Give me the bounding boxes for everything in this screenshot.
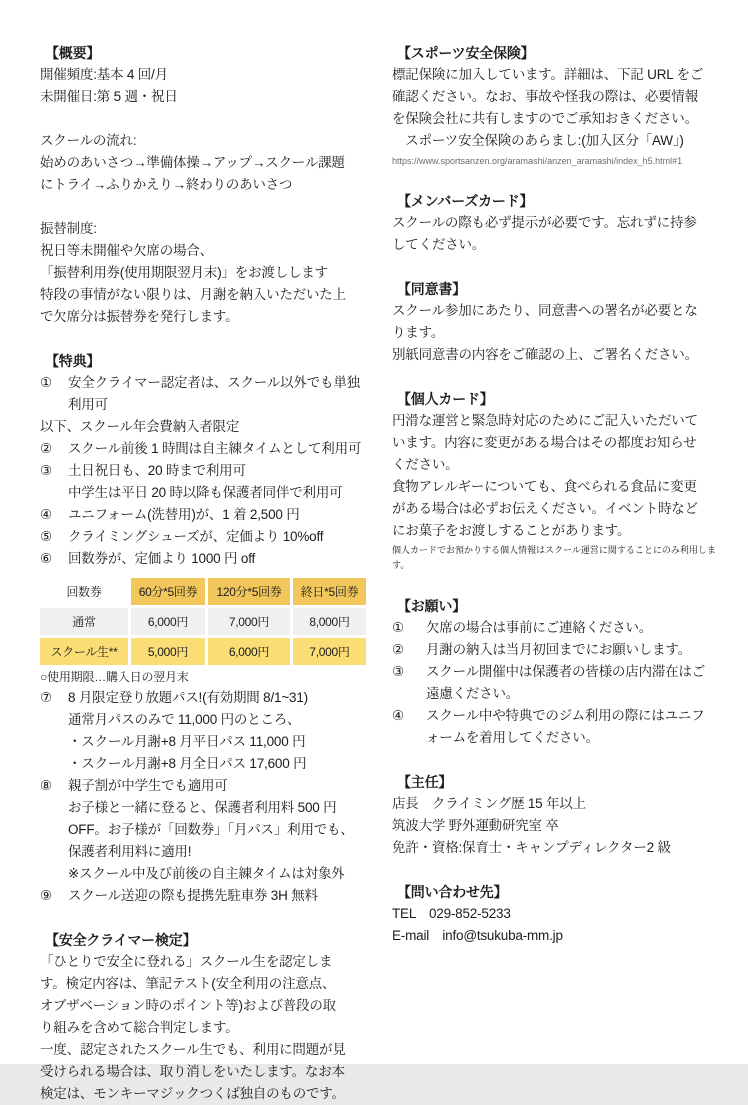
overview-section: 【概要】 開催頻度:基本 4 回/月 未開催日:第 5 週・祝日 xyxy=(40,42,370,108)
school-flow-body: スクールの流れ: 始めのあいさつ→準備体操→アップ→スクール課題 にトライ→ふり… xyxy=(40,130,370,196)
certification-title: 【安全クライマー検定】 xyxy=(40,929,370,951)
overview-body: 開催頻度:基本 4 回/月 未開催日:第 5 週・祝日 xyxy=(40,64,370,108)
chief-body: 店長 クライミング歴 15 年以上 筑波大学 野外運動研究室 卒 免許・資格:保… xyxy=(392,793,722,859)
table-header-cell: 60分*5回券 xyxy=(131,578,205,605)
benefit-item-2: ② スクール前後 1 時間は自主練タイムとして利用可 xyxy=(40,438,370,460)
benefit-item-6: ⑥ 回数券が、定価より 1000 円 off xyxy=(40,548,370,570)
item-number: ⑤ xyxy=(40,526,68,548)
table-cell-normal: 7,000円 xyxy=(208,608,290,635)
school-flow-section: スクールの流れ: 始めのあいさつ→準備体操→アップ→スクール課題 にトライ→ふり… xyxy=(40,130,370,196)
left-column: 【概要】 開催頻度:基本 4 回/月 未開催日:第 5 週・祝日 スクールの流れ… xyxy=(40,42,370,1064)
personal-card-section: 【個人カード】 円滑な運営と緊急時対応のためにご記入いただいて います。内容に変… xyxy=(392,388,722,573)
item-text: 安全クライマー認定者は、スクール以外でも単独 利用可 xyxy=(68,372,370,416)
item-number: ① xyxy=(392,617,426,639)
overview-title: 【概要】 xyxy=(40,42,370,64)
request-item-4: ④ スクール中や特典でのジム利用の際にはユニフ ォームを着用してください。 xyxy=(392,705,722,749)
table-header-cell: 120分*5回券 xyxy=(208,578,290,605)
table-header-cell: 回数券 xyxy=(40,578,128,605)
benefit-item-3: ③ 土日祝日も、20 時まで利用可 中学生は平日 20 時以降も保護者同伴で利用… xyxy=(40,460,370,504)
consent-title: 【同意書】 xyxy=(392,278,722,300)
sports-insurance-section: 【スポーツ安全保険】 標記保険に加入しています。詳細は、下記 URL をご 確認… xyxy=(392,42,722,168)
table-cell-normal: 通常 xyxy=(40,608,128,635)
item-text: スクール前後 1 時間は自主練タイムとして利用可 xyxy=(68,438,370,460)
item-number: ④ xyxy=(392,705,426,727)
personal-card-body: 円滑な運営と緊急時対応のためにご記入いただいて います。内容に変更がある場合はそ… xyxy=(392,410,722,542)
benefit-item-5: ⑤ クライミングシューズが、定価より 10%off xyxy=(40,526,370,548)
requests-title: 【お願い】 xyxy=(392,595,722,617)
request-item-2: ② 月謝の納入は当月初回までにお願いします。 xyxy=(392,639,722,661)
right-column: 【スポーツ安全保険】 標記保険に加入しています。詳細は、下記 URL をご 確認… xyxy=(392,42,722,1064)
benefits-note: 以下、スクール年会費納入者限定 xyxy=(40,416,370,438)
benefit-item-9: ⑨ スクール送迎の際も提携先駐車券 3H 無料 xyxy=(40,885,370,907)
item-text: 回数券が、定価より 1000 円 off xyxy=(68,548,370,570)
certification-body: 「ひとりで安全に登れる」スクール生を認定しま す。検定内容は、筆記テスト(安全利… xyxy=(40,951,370,1105)
item-number: ⑦ xyxy=(40,687,68,709)
benefit-item-1: ① 安全クライマー認定者は、スクール以外でも単独 利用可 xyxy=(40,372,370,416)
item-text: スクール開催中は保護者の皆様の店内滞在はご 遠慮ください。 xyxy=(426,661,722,705)
consent-form-section: 【同意書】 スクール参加にあたり、同意書への署名が必要とな ります。 別紙同意書… xyxy=(392,278,722,366)
personal-card-fine-print: 個人カードでお預かりする個人情報はスクール運営に関することにのみ利用します。 xyxy=(392,543,722,573)
item-text: スクール中や特典でのジム利用の際にはユニフ ォームを着用してください。 xyxy=(426,705,722,749)
item-number: ⑨ xyxy=(40,885,68,907)
item-text: 親子割が中学生でも適用可 お子様と一緒に登ると、保護者利用料 500 円 OFF… xyxy=(68,775,370,885)
item-text: 8 月限定登り放題パス!(有効期間 8/1~31) 通常月パスのみで 11,00… xyxy=(68,687,370,775)
benefit-item-4: ④ ユニフォーム(洗替用)が、1 着 2,500 円 xyxy=(40,504,370,526)
contact-body: TEL 029-852-5233 E-mail info@tsukuba-mm.… xyxy=(392,903,722,947)
consent-body: スクール参加にあたり、同意書への署名が必要とな ります。 別紙同意書の内容をご確… xyxy=(392,300,722,366)
item-text: クライミングシューズが、定価より 10%off xyxy=(68,526,370,548)
item-text: 土日祝日も、20 時まで利用可 中学生は平日 20 時以降も保護者同伴で利用可 xyxy=(68,460,370,504)
chief-section: 【主任】 店長 クライミング歴 15 年以上 筑波大学 野外運動研究室 卒 免許… xyxy=(392,771,722,859)
request-item-3: ③ スクール開催中は保護者の皆様の店内滞在はご 遠慮ください。 xyxy=(392,661,722,705)
members-card-title: 【メンバーズカード】 xyxy=(392,190,722,212)
chief-title: 【主任】 xyxy=(392,771,722,793)
item-text: 月謝の納入は当月初回までにお願いします。 xyxy=(426,639,722,661)
item-number: ③ xyxy=(392,661,426,683)
table-usage-note: ○使用期限…購入日の翌月末 xyxy=(40,667,370,687)
item-number: ② xyxy=(40,438,68,460)
table-cell-normal: 8,000円 xyxy=(293,608,366,635)
members-card-section: 【メンバーズカード】 スクールの際も必ず提示が必要です。忘れずに持参 してくださ… xyxy=(392,190,722,256)
table-cell-school: 6,000円 xyxy=(208,638,290,665)
item-text: スクール送迎の際も提携先駐車券 3H 無料 xyxy=(68,885,370,907)
benefit-item-7: ⑦ 8 月限定登り放題パス!(有効期間 8/1~31) 通常月パスのみで 11,… xyxy=(40,687,370,775)
insurance-url: https://www.sportsanzen.org/aramashi/anz… xyxy=(392,154,722,168)
item-number: ⑧ xyxy=(40,775,68,797)
item-number: ⑥ xyxy=(40,548,68,570)
table-header-cell: 終日*5回券 xyxy=(293,578,366,605)
item-number: ② xyxy=(392,639,426,661)
transfer-policy-section: 振替制度: 祝日等未開催や欠席の場合、 「振替利用券(使用期限翌月末)」をお渡し… xyxy=(40,218,370,328)
school-info-document: 【概要】 開催頻度:基本 4 回/月 未開催日:第 5 週・祝日 スクールの流れ… xyxy=(0,0,748,1064)
table-cell-school: 5,000円 xyxy=(131,638,205,665)
insurance-title: 【スポーツ安全保険】 xyxy=(392,42,722,64)
insurance-body: 標記保険に加入しています。詳細は、下記 URL をご 確認ください。なお、事故や… xyxy=(392,64,722,152)
contact-section: 【問い合わせ先】 TEL 029-852-5233 E-mail info@ts… xyxy=(392,881,722,947)
safe-climber-certification-section: 【安全クライマー検定】 「ひとりで安全に登れる」スクール生を認定しま す。検定内… xyxy=(40,929,370,1105)
item-text: ユニフォーム(洗替用)が、1 着 2,500 円 xyxy=(68,504,370,526)
personal-card-title: 【個人カード】 xyxy=(392,388,722,410)
contact-title: 【問い合わせ先】 xyxy=(392,881,722,903)
table-cell-school: スクール生** xyxy=(40,638,128,665)
benefit-item-8: ⑧ 親子割が中学生でも適用可 お子様と一緒に登ると、保護者利用料 500 円 O… xyxy=(40,775,370,885)
requests-section: 【お願い】 ① 欠席の場合は事前にご連絡ください。 ② 月謝の納入は当月初回まで… xyxy=(392,595,722,749)
kaisuken-price-table: 回数券 60分*5回券 120分*5回券 終日*5回券 通常 6,000円 7,… xyxy=(40,578,360,665)
benefits-title: 【特典】 xyxy=(40,350,370,372)
table-cell-school: 7,000円 xyxy=(293,638,366,665)
benefits-section: 【特典】 ① 安全クライマー認定者は、スクール以外でも単独 利用可 以下、スクー… xyxy=(40,350,370,907)
item-number: ③ xyxy=(40,460,68,482)
members-card-body: スクールの際も必ず提示が必要です。忘れずに持参 してください。 xyxy=(392,212,722,256)
request-item-1: ① 欠席の場合は事前にご連絡ください。 xyxy=(392,617,722,639)
item-number: ④ xyxy=(40,504,68,526)
item-text: 欠席の場合は事前にご連絡ください。 xyxy=(426,617,722,639)
item-number: ① xyxy=(40,372,68,394)
transfer-policy-body: 振替制度: 祝日等未開催や欠席の場合、 「振替利用券(使用期限翌月末)」をお渡し… xyxy=(40,218,370,328)
table-cell-normal: 6,000円 xyxy=(131,608,205,635)
